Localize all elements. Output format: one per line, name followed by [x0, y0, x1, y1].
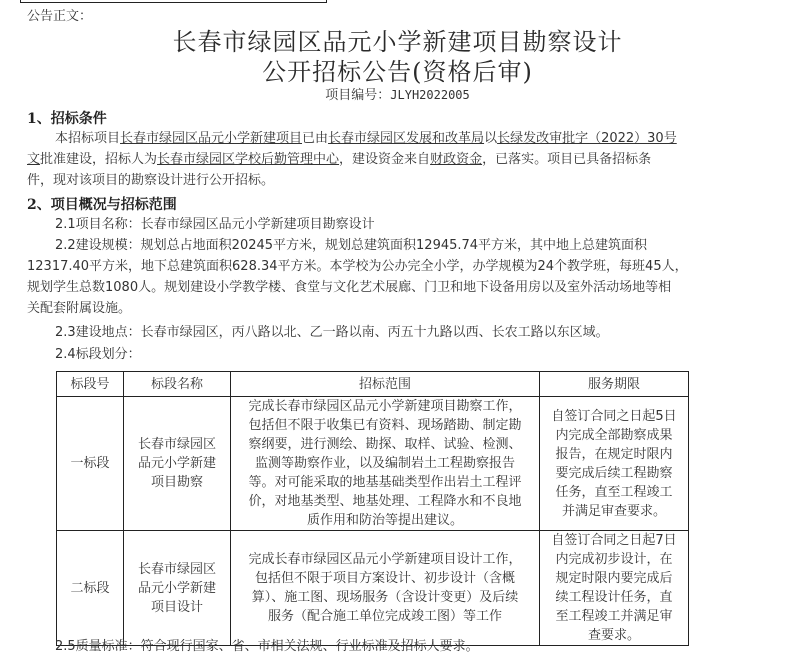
section-no: 一标段 — [57, 397, 124, 531]
item-2-2-scale-line4: 关配套附属设施。 — [27, 298, 131, 319]
text: 长春市绿园区 — [128, 435, 226, 454]
item-2-2-scale-line1: 2.2建设规模：规划总占地面积20245平方米，规划总建筑面积12945.74平… — [27, 235, 647, 256]
section-name: 长春市绿园区 品元小学新建 项目勘察 — [124, 397, 231, 531]
text: 报告，在规定时限内 — [544, 445, 684, 464]
text: 包括但不限于项目方案设计、初步设计（含概 — [235, 569, 535, 588]
col-header-section-name: 标段名称 — [124, 372, 231, 397]
col-header-scope: 招标范围 — [231, 372, 540, 397]
project-number-label: 项目编号： — [325, 88, 390, 103]
text: 续工程设计任务，直 — [544, 588, 684, 607]
col-header-period: 服务期限 — [540, 372, 689, 397]
table-row: 一标段 长春市绿园区 品元小学新建 项目勘察 完成长春市绿园区品元小学新建项目勘… — [57, 397, 689, 531]
text: 以 — [484, 131, 497, 146]
text: 自签订合同之日起5日 — [544, 407, 684, 426]
col-header-section-no: 标段号 — [57, 372, 124, 397]
item-2-2-scale-line3: 规划学生总数1080人。规划建设小学教学楼、食堂与文化艺术展廊、门卫和地下设备用… — [27, 277, 671, 298]
table-header-row: 标段号 标段名称 招标范围 服务期限 — [57, 372, 689, 397]
text: 已由 — [302, 131, 328, 146]
text: 算）、施工图、现场服务（含设计变更）及后续 — [235, 588, 535, 607]
scope: 完成长春市绿园区品元小学新建项目勘察工作， 包括但不限于收集已有资料、现场踏勘、… — [231, 397, 540, 531]
text: 长春市绿园区 — [128, 560, 226, 579]
table-row: 二标段 长春市绿园区 品元小学新建 项目设计 完成长春市绿园区品元小学新建项目设… — [57, 531, 689, 646]
approval-doc-underlined: 长绿发改审批字（2022）30号 — [497, 131, 677, 146]
top-frame-border — [20, 0, 327, 3]
section2-heading: 2、项目概况与招标范围 — [27, 194, 177, 214]
text: 本招标项目 — [55, 131, 120, 146]
text: 文 — [27, 152, 40, 167]
approver-underlined: 长春市绿园区发展和改革局 — [328, 131, 484, 146]
project-number: 项目编号：JLYH2022005 — [0, 84, 795, 103]
text: 查要求。 — [544, 626, 684, 645]
item-2-1-project-name: 2.1项目名称：长春市绿园区品元小学新建项目勘察设计 — [27, 214, 375, 235]
text: 品元小学新建 — [128, 454, 226, 473]
section-name: 长春市绿园区 品元小学新建 项目设计 — [124, 531, 231, 646]
text: 等。对可能采取的地基基础类型作出岩土工程评 — [235, 473, 535, 492]
text: 完成长春市绿园区品元小学新建项目勘察工作， — [235, 397, 535, 416]
text: 项目设计 — [128, 598, 226, 617]
page-title-line2: 公开招标公告(资格后审) — [0, 52, 795, 87]
text: 服务（配合施工单位完成竣工图）等工作 — [235, 607, 535, 626]
text: 批准建设，招标人为 — [40, 152, 157, 167]
text: 内完成初步设计，在 — [544, 550, 684, 569]
text: 任务，直至工程竣工 — [544, 483, 684, 502]
text: 完成长春市绿园区品元小学新建项目设计工作， — [235, 550, 535, 569]
text: 监测等勘察作业，以及编制岩土工程勘察报告 — [235, 454, 535, 473]
bid-sections-table: 标段号 标段名称 招标范围 服务期限 一标段 长春市绿园区 品元小学新建 项目勘… — [56, 371, 689, 646]
text: 品元小学新建 — [128, 579, 226, 598]
item-2-4-sections: 2.4标段划分： — [27, 344, 141, 365]
section-no: 二标段 — [57, 531, 124, 646]
section1-paragraph-line1: 本招标项目长春市绿园区品元小学新建项目已由长春市绿园区发展和改革局以长绿发改审批… — [27, 128, 677, 149]
text: 并满足审查要求。 — [544, 502, 684, 521]
text: 察纲要，进行测绘、勘探、取样、试验、检测、 — [235, 435, 535, 454]
section1-paragraph-line2: 文批准建设，招标人为长春市绿园区学校后勤管理中心，建设资金来自财政资金，已落实。… — [27, 149, 651, 170]
project-number-value: JLYH2022005 — [390, 88, 469, 102]
fund-source-underlined: 财政资金 — [430, 152, 482, 167]
section1-heading: 1、招标条件 — [27, 108, 107, 128]
item-2-3-location: 2.3建设地点：长春市绿园区，丙八路以北、乙一路以南、丙五十九路以西、长农工路以… — [27, 322, 609, 343]
text: 质作用和防治等提出建议。 — [235, 511, 535, 530]
project-name-underlined: 长春市绿园区品元小学新建项目 — [120, 131, 302, 146]
text: 包括但不限于收集已有资料、现场踏勘、制定勘 — [235, 416, 535, 435]
text: 至工程竣工并满足审 — [544, 607, 684, 626]
text: 要完成后续工程勘察 — [544, 464, 684, 483]
scope: 完成长春市绿园区品元小学新建项目设计工作， 包括但不限于项目方案设计、初步设计（… — [231, 531, 540, 646]
text: 内完成全部勘察成果 — [544, 426, 684, 445]
text: 自签订合同之日起7日 — [544, 531, 684, 550]
item-2-2-scale-line2: 12317.40平方米，地下总建筑面积628.34平方米。本学校为公办完全小学，… — [27, 256, 688, 277]
tenderer-underlined: 长春市绿园区学校后勤管理中心 — [157, 152, 339, 167]
item-2-5-quality-standard: 2.5质量标准：符合现行国家、省、市相关法规、行业标准及招标人要求。 — [27, 636, 479, 655]
text: 规定时限内要完成后 — [544, 569, 684, 588]
text: 项目勘察 — [128, 473, 226, 492]
text: 价，对地基类型、地基处理、工程降水和不良地 — [235, 492, 535, 511]
section1-paragraph-line3: 件，现对该项目的勘察设计进行公开招标。 — [27, 170, 274, 191]
text: ，建设资金来自 — [339, 152, 430, 167]
service-period: 自签订合同之日起5日 内完成全部勘察成果 报告，在规定时限内 要完成后续工程勘察… — [540, 397, 689, 531]
service-period: 自签订合同之日起7日 内完成初步设计，在 规定时限内要完成后 续工程设计任务，直… — [540, 531, 689, 646]
text: ，已落实。项目已具备招标条 — [482, 152, 651, 167]
